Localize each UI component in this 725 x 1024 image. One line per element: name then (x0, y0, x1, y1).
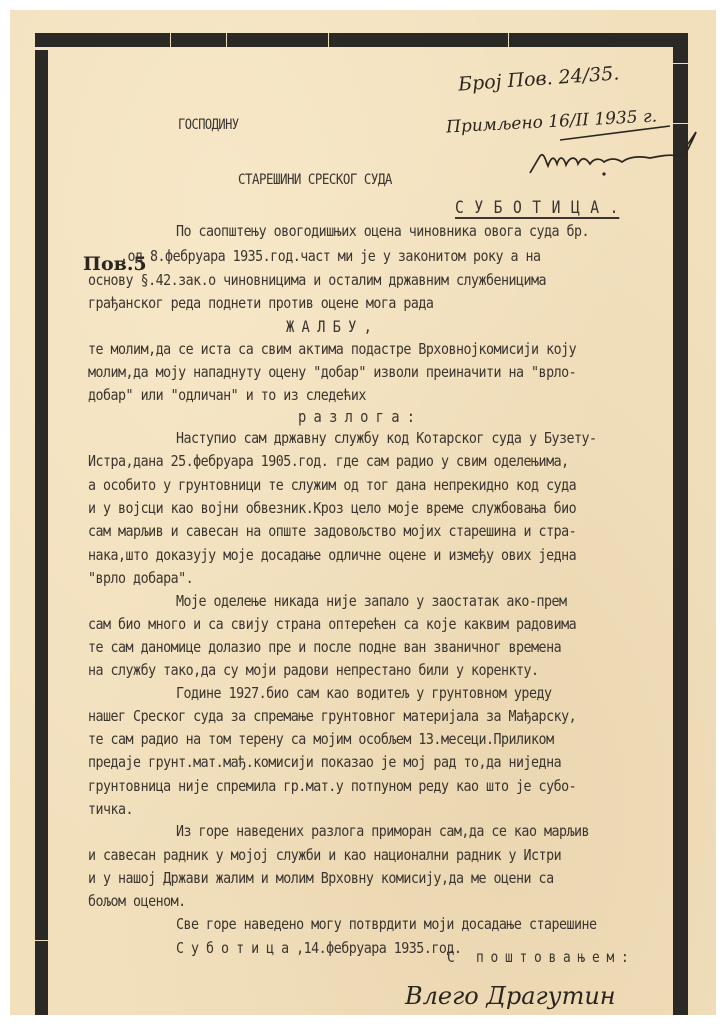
border-gap (170, 33, 171, 47)
body-line: Године 1927.био сам као водитељ у грунто… (176, 684, 551, 702)
city-heading: С У Б О Т И Ц А . (455, 198, 619, 218)
body-line: и у војсци као војни обвезник.Кроз цело … (88, 499, 576, 517)
body-line: те молим,да се иста са свим актима подас… (88, 340, 576, 358)
body-line: а особито у грунтовници те служим од тог… (88, 476, 576, 494)
border-right (673, 47, 688, 1015)
body-line: Све горе наведено могу потврдити моји до… (176, 915, 597, 933)
body-line: "врло добара". (88, 569, 193, 587)
body-line: .од 8.фебруара 1935.год.част ми је у зак… (120, 247, 541, 265)
salutation: ГОСПОДИНУ (178, 117, 239, 133)
body-line: По саопштењу овогодишњих оцена чиновника… (176, 222, 589, 240)
body-line: те сам даномице долазио пре и после подн… (88, 638, 561, 656)
border-left (35, 50, 48, 1015)
body-line: добар" или "одличан" и то из следећих (88, 386, 366, 404)
body-line: основу §.42.зак.о чиновницима и осталим … (88, 271, 546, 289)
border-gap (35, 940, 48, 941)
body-line: на службу тако,да су моји радови непрест… (88, 661, 539, 679)
body-line: бољом оценом. (88, 892, 186, 910)
body-line: и у нашој Држави жалим и молим Врховну к… (88, 869, 554, 887)
body-line: р а з л о г а : (298, 407, 415, 426)
addressee: СТАРЕШИНИ СРЕСКОГ СУДА (238, 172, 392, 188)
body-line: тичка. (88, 800, 133, 818)
body-line: молим,да моју нападнуту оцену "добар" из… (88, 363, 576, 381)
body-line: Ж А Л Б У , (286, 317, 371, 336)
body-line: Истра,дана 25.фебруара 1905.год. где сам… (88, 452, 569, 470)
body-line: Наступио сам државну службу код Котарско… (176, 429, 597, 447)
body-line: сам био много и са свију страна оптереће… (88, 615, 576, 633)
border-top (35, 33, 688, 47)
body-line: предаје грунт.мат.мађ.комисији показао ј… (88, 753, 561, 771)
border-gap (508, 33, 509, 47)
handwritten-initials-signature (500, 118, 720, 188)
border-gap (673, 63, 688, 64)
body-line: те сам радио на том терену са мојим особ… (88, 730, 554, 748)
body-line: нашег Среског суда за спремање грунтовно… (88, 707, 576, 725)
border-gap (328, 33, 329, 47)
closing: С п о ш т о в а њ е м : (447, 948, 628, 966)
body-line: Из горе наведених разлога приморан сам,д… (176, 822, 589, 840)
body-line: Моје оделење никада није запало у заоста… (176, 592, 566, 610)
body-line: и савесан радник у мојој служби и као на… (88, 846, 561, 864)
body-line: С у б о т и ц а ,14.фебруара 1935.год. (176, 939, 461, 957)
border-gap (226, 33, 227, 47)
signature: Влего Драгутин (405, 982, 616, 1010)
body-line: сам марљив и савесан на опште задовољств… (88, 522, 576, 540)
body-line: грунтовница није спремила гр.мат.у потпу… (88, 777, 576, 795)
body-line: грађанског реда поднети против оцене мог… (88, 294, 433, 312)
body-line: нака,што доказују моје досадање одличне … (88, 546, 576, 564)
